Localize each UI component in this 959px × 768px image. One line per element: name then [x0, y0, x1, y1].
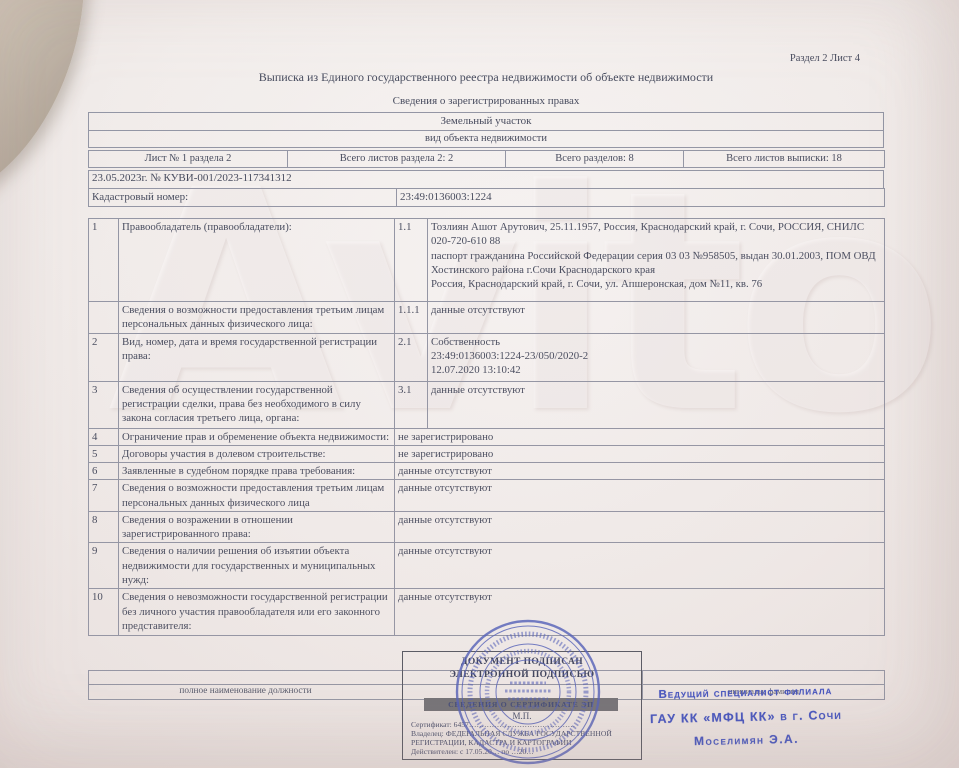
- row-sub-cell: 3.1: [395, 381, 428, 428]
- table-row: 6 Заявленные в судебном порядке права тр…: [89, 463, 885, 480]
- row-value-cell: данные отсутствуют: [395, 511, 885, 543]
- row-label-cell: Сведения о невозможности государственной…: [119, 589, 395, 636]
- officer-ink-stamp: Ведущий специалист филиала ГАУ КК «МФЦ К…: [627, 684, 864, 749]
- row-num-cell: 3: [89, 381, 119, 428]
- position-caption: полное наименование должности: [89, 685, 403, 700]
- row-num-cell: 5: [89, 445, 119, 462]
- table-row: 9 Сведения о наличии решения об изъятии …: [89, 543, 885, 589]
- row-sub-cell: 2.1: [395, 333, 428, 381]
- sheet-number-cell: Лист № 1 раздела 2: [89, 151, 288, 168]
- row-num-cell: 2: [89, 333, 119, 381]
- document-subtitle: Сведения о зарегистрированных правах: [88, 95, 884, 107]
- extract-sheets-total-cell: Всего листов выписки: 18: [684, 151, 885, 168]
- row-label-cell: Договоры участия в долевом строительстве…: [119, 445, 395, 462]
- cadastral-value: 23:49:0136003:1224: [397, 189, 885, 207]
- row-sub-cell: 1.1: [395, 219, 428, 302]
- row-value-cell: не зарегистрировано: [395, 428, 885, 445]
- row-value-cell: Тозлиян Ашот Арутович, 25.11.1957, Росси…: [428, 219, 885, 302]
- table-row: 7 Сведения о возможности предоставления …: [89, 480, 885, 512]
- row-value-cell: данные отсутствуют: [395, 543, 885, 589]
- row-label-cell: Сведения о возможности предоставления тр…: [119, 302, 395, 334]
- row-num-cell: 10: [89, 589, 119, 636]
- row-num-cell: 7: [89, 480, 119, 512]
- object-type-caption: вид объекта недвижимости: [89, 131, 884, 148]
- signature-cell-left: [89, 671, 403, 685]
- section-sheet-label: Раздел 2 Лист 4: [88, 53, 860, 64]
- row-num-cell: 6: [89, 463, 119, 480]
- table-row: 1 Правообладатель (правообладатели): 1.1…: [89, 219, 885, 302]
- row-label-cell: Вид, номер, дата и время государственной…: [119, 333, 395, 381]
- signature-cell-right: [643, 671, 885, 685]
- row-label-cell: Заявленные в судебном порядке права треб…: [119, 463, 395, 480]
- table-row: 5 Договоры участия в долевом строительст…: [89, 445, 885, 462]
- round-stamp: [453, 617, 603, 767]
- row-value-cell: данные отсутствуют: [428, 381, 885, 428]
- row-num-cell: 4: [89, 428, 119, 445]
- row-num-cell: 9: [89, 543, 119, 589]
- row-label-cell: Сведения о возможности предоставления тр…: [119, 480, 395, 512]
- row-num-cell: 8: [89, 511, 119, 543]
- cadastral-number-row: Кадастровый номер: 23:49:0136003:1224: [88, 188, 885, 207]
- table-row: 8 Сведения о возражении в отношении заре…: [89, 511, 885, 543]
- registered-rights-table: 1 Правообладатель (правообладатели): 1.1…: [88, 218, 885, 636]
- row-value-cell: Собственность 23:49:0136003:1224-23/050/…: [428, 333, 885, 381]
- table-row: 3 Сведения об осуществлении государствен…: [89, 381, 885, 428]
- table-row: 4 Ограничение прав и обременение объекта…: [89, 428, 885, 445]
- officer-name-line: Моселимян Э.А.: [628, 730, 864, 749]
- table-row: 2 Вид, номер, дата и время государственн…: [89, 333, 885, 381]
- row-value-cell: данные отсутствуют: [395, 480, 885, 512]
- officer-organization-line: ГАУ КК «МФЦ КК» в г. Сочи: [628, 707, 864, 726]
- row-label-cell: Ограничение прав и обременение объекта н…: [119, 428, 395, 445]
- object-type-value: Земельный участок: [89, 113, 884, 131]
- row-label-cell: Сведения об осуществлении государственно…: [119, 381, 395, 428]
- row-sub-cell: 1.1.1: [395, 302, 428, 334]
- sections-total-cell: Всего разделов: 8: [506, 151, 684, 168]
- request-number-bar: 23.05.2023г. № КУВИ-001/2023-117341312: [88, 170, 884, 189]
- row-value-cell: не зарегистрировано: [395, 445, 885, 462]
- row-label-cell: Правообладатель (правообладатели):: [119, 219, 395, 302]
- cadastral-label: Кадастровый номер:: [89, 189, 397, 207]
- document-photo: Avito Раздел 2 Лист 4 Выписка из Единого…: [0, 0, 959, 768]
- section-sheets-total-cell: Всего листов раздела 2: 2: [288, 151, 506, 168]
- row-num-cell: [89, 302, 119, 334]
- table-row: Сведения о возможности предоставления тр…: [89, 302, 885, 334]
- document-title: Выписка из Единого государственного реес…: [88, 70, 884, 85]
- row-label-cell: Сведения о наличии решения об изъятии об…: [119, 543, 395, 589]
- object-type-box: Земельный участок вид объекта недвижимос…: [88, 112, 884, 148]
- row-label-cell: Сведения о возражении в отношении зареги…: [119, 511, 395, 543]
- row-value-cell: данные отсутствуют: [428, 302, 885, 334]
- row-num-cell: 1: [89, 219, 119, 302]
- sheets-info-row: Лист № 1 раздела 2 Всего листов раздела …: [88, 150, 885, 168]
- row-value-cell: данные отсутствуют: [395, 463, 885, 480]
